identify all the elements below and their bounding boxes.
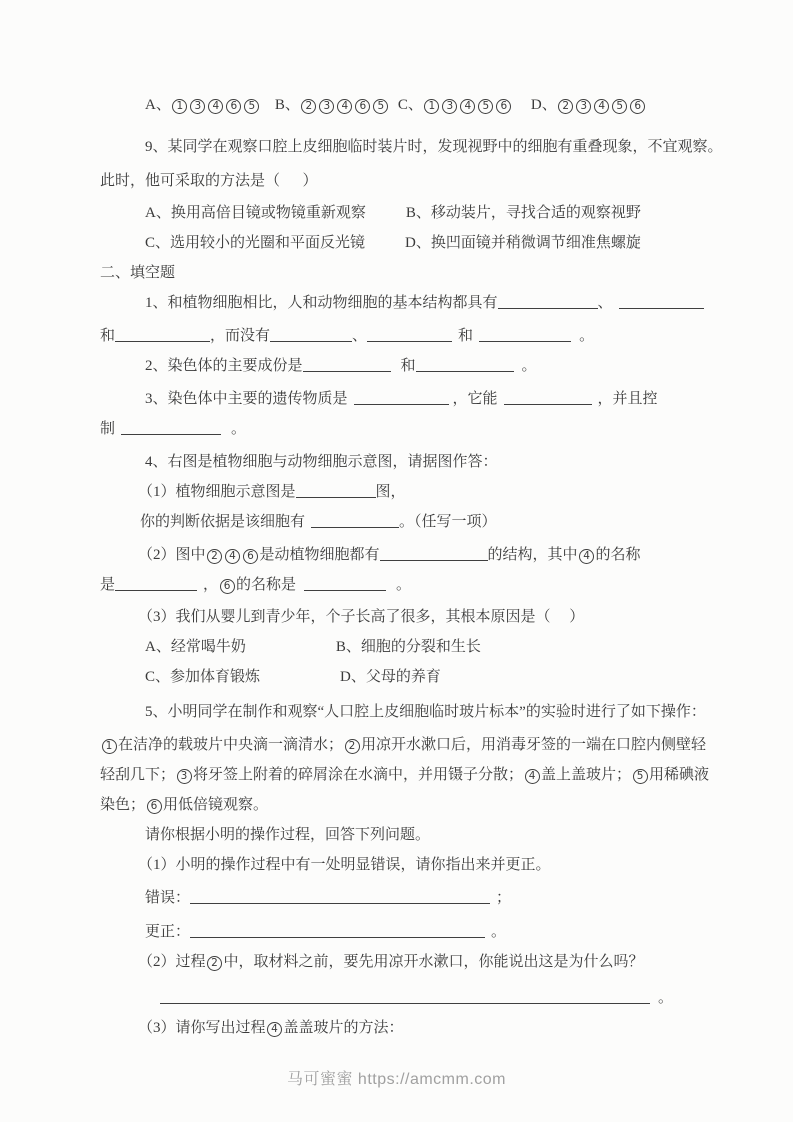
circled-number-4-icon: 4 (337, 99, 352, 114)
text-run: 图， (376, 484, 406, 500)
fill-1-line2: 和，而没有、和。 (100, 321, 760, 351)
circled-number-3-icon: 3 (190, 99, 205, 114)
answer-blank (190, 923, 485, 938)
text-run: D、父母的养育 (340, 669, 441, 685)
circled-number-3-icon: 3 (319, 99, 334, 114)
text-run: 、 (352, 328, 367, 344)
fill-5-error-blank: 错误：； (145, 883, 760, 913)
circled-number-6-icon: 6 (147, 799, 162, 814)
answer-blank (354, 390, 449, 405)
text-run: 。 (522, 358, 537, 374)
circled-number-5-icon: 5 (633, 769, 648, 784)
circled-number-6-icon: 6 (355, 99, 370, 114)
text-run: 用凉开水漱口后，用消毒牙签的一端在口腔内侧壁轻 (361, 737, 706, 753)
fill-3-line2: 制。 (100, 414, 760, 444)
text-run: （3）我们从婴儿到青少年，个子长高了很多，其根本原因是（ ） (138, 609, 584, 625)
spacer (390, 108, 398, 109)
fill-3-line1: 3、染色体中主要的遗传物质是，它能，并且控 (145, 384, 760, 414)
text-run: 和 (401, 358, 416, 374)
fill-4-sub3-stem: （3）我们从婴儿到青少年，个子长高了很多，其根本原因是（ ） (138, 602, 760, 632)
text-run: 是 (100, 577, 115, 593)
circled-number-6-icon: 6 (496, 99, 511, 114)
text-run: 中，取材料之前，要先用凉开水漱口，你能说出这是为什么吗？ (224, 954, 644, 970)
section-2-heading: 二、填空题 (100, 258, 760, 288)
fill-5-sub2: （2）过程2中，取材料之前，要先用凉开水漱口，你能说出这是为什么吗？ (138, 947, 760, 977)
answer-blank (270, 327, 352, 342)
circled-number-4-icon: 4 (579, 549, 594, 564)
fill-5-intro: 5、小明同学在制作和观察“人口腔上皮细胞临时玻片标本”的实验时进行了如下操作： (145, 697, 760, 727)
text-run: 请你根据小明的操作过程，回答下列问题。 (145, 827, 430, 843)
fill-5-sub1: （1）小明的操作过程中有一处明显错误，请你指出来并更正。 (138, 850, 760, 880)
circled-number-1-icon: 1 (424, 99, 439, 114)
text-run: 2、染色体的主要成份是 (145, 358, 303, 374)
text-run: B、细胞的分裂和生长 (336, 639, 481, 655)
text-run: B、移动装片，寻找合适的观察视野 (406, 205, 641, 221)
text-run: A、 (145, 97, 171, 113)
answer-blank (160, 989, 650, 1004)
circled-number-2-icon: 2 (558, 99, 573, 114)
circled-number-1-icon: 1 (102, 739, 117, 754)
spacer (296, 588, 304, 589)
text-run: 更正： (145, 924, 190, 940)
text-run: 1、和植物细胞相比，人和动物细胞的基本结构都具有 (145, 295, 498, 311)
spacer (221, 432, 231, 433)
q9-options-row-ab: A、换用高倍目镜或物镜重新观察B、移动装片，寻找合适的观察视野 (145, 198, 760, 228)
fill-5-sub3: （3）请你写出过程4盖盖玻片的方法： (138, 1013, 760, 1043)
text-run: （3）请你写出过程 (138, 1020, 266, 1036)
spacer (386, 588, 396, 589)
circled-number-2-icon: 2 (207, 956, 222, 971)
text-run: 。（任写一项） (399, 514, 497, 530)
text-run: （2）图中 (138, 547, 206, 563)
circled-number-2-icon: 2 (207, 549, 222, 564)
answer-blank (304, 576, 386, 591)
text-run: 、 (598, 295, 613, 311)
text-run: ， (203, 577, 218, 593)
text-run: A、经常喝牛奶 (145, 639, 246, 655)
circled-number-2-icon: 2 (301, 99, 316, 114)
fill-5-sub2-answer-blank: 。 (160, 983, 760, 1013)
text-run: 和 (458, 328, 473, 344)
answer-blank (296, 483, 376, 498)
answer-blank (190, 889, 490, 904)
text-run: 。 (658, 990, 673, 1006)
document-body: A、13465B、23465C、13456D、234569、某同学在观察口腔上皮… (100, 90, 760, 1043)
fill-5-steps-line3: 染色；6用低倍镜观察。 (100, 790, 760, 820)
text-run: 9、某同学在观察口腔上皮细胞临时装片时，发现视野中的细胞有重叠现象，不宜观察。 (145, 139, 723, 155)
spacer (246, 650, 336, 651)
text-run: 二、填空题 (100, 265, 175, 281)
fill-5-prompt: 请你根据小明的操作过程，回答下列问题。 (145, 820, 760, 850)
answer-blank (479, 327, 571, 342)
text-run: B、 (275, 97, 300, 113)
text-run: （1）小明的操作过程中有一处明显错误，请你指出来并更正。 (138, 857, 551, 873)
text-run: 轻刮几下； (100, 767, 175, 783)
circled-number-4-icon: 4 (225, 549, 240, 564)
circled-number-4-icon: 4 (594, 99, 609, 114)
text-run: ，并且控 (598, 391, 658, 407)
fill-4-sub3-options-cd: C、参加体育锻炼D、父母的养育 (145, 662, 760, 692)
spacer (650, 1001, 658, 1002)
text-run: 用低倍镜观察。 (163, 797, 268, 813)
circled-number-4-icon: 4 (460, 99, 475, 114)
circled-number-3-icon: 3 (177, 769, 192, 784)
text-run: （2）过程 (138, 954, 206, 970)
answer-blank (121, 420, 221, 435)
text-run: C、参加体育锻炼 (145, 669, 260, 685)
circled-number-4-icon: 4 (208, 99, 223, 114)
circled-number-5-icon: 5 (612, 99, 627, 114)
answer-blank (416, 357, 514, 372)
circled-number-4-icon: 4 (267, 1022, 282, 1037)
footer-watermark: 马可蜜蜜 https://amcmm.com (0, 1066, 793, 1089)
q9-stem-line2: 此时，他可采取的方法是（ ） (100, 166, 760, 196)
text-run: 染色； (100, 797, 145, 813)
circled-number-5-icon: 5 (373, 99, 388, 114)
text-run: 用稀碘液 (649, 767, 709, 783)
fill-4-sub2-line1: （2）图中246是动植物细胞都有的结构，其中4的名称 (138, 540, 760, 570)
answer-blank (498, 294, 598, 309)
circled-number-5-icon: 5 (244, 99, 259, 114)
text-run: D、换凹面镜并稍微调节细准焦螺旋 (405, 235, 641, 251)
text-run: 盖盖玻片的方法： (284, 1020, 404, 1036)
spacer (365, 246, 405, 247)
fill-4-sub1-line2: 你的判断依据是该细胞有。（任写一项） (140, 507, 760, 537)
spacer (391, 369, 401, 370)
text-run: 制 (100, 421, 115, 437)
spacer (366, 216, 406, 217)
answer-blank (115, 327, 210, 342)
text-run: 的名称 (596, 547, 641, 563)
answer-blank (303, 357, 391, 372)
text-run: 。 (396, 577, 411, 593)
text-run: 此时，他可采取的方法是（ ） (100, 173, 318, 189)
text-run: 是动植物细胞都有 (260, 547, 380, 563)
text-run: A、换用高倍目镜或物镜重新观察 (145, 205, 366, 221)
fill-5-steps-line1: 1在洁净的载玻片中央滴一滴清水；2用凉开水漱口后，用消毒牙签的一端在口腔内侧壁轻 (100, 730, 760, 760)
q9-options-row-cd: C、选用较小的光圈和平面反光镜D、换凹面镜并稍微调节细准焦螺旋 (145, 228, 760, 258)
text-run: 。 (491, 924, 506, 940)
text-run: ，而没有 (210, 328, 270, 344)
fill-1-line1: 1、和植物细胞相比，人和动物细胞的基本结构都具有、 (145, 288, 760, 318)
text-run: 将牙签上附着的碎屑涂在水滴中，并用镊子分散； (193, 767, 523, 783)
answer-blank (311, 513, 399, 528)
spacer (514, 369, 522, 370)
circled-number-6-icon: 6 (220, 579, 235, 594)
fill-2: 2、染色体的主要成份是和。 (145, 351, 760, 381)
text-run: 。 (579, 328, 594, 344)
fill-5-correction-blank: 更正：。 (145, 917, 760, 947)
circled-number-6-icon: 6 (226, 99, 241, 114)
text-run: D、 (531, 97, 557, 113)
answer-blank (367, 327, 452, 342)
text-run: ； (496, 890, 511, 906)
circled-number-1-icon: 1 (172, 99, 187, 114)
circled-number-6-icon: 6 (630, 99, 645, 114)
answer-blank (380, 546, 488, 561)
answer-blank (504, 390, 592, 405)
answer-blank (115, 576, 197, 591)
text-run: C、选用较小的光圈和平面反光镜 (145, 235, 365, 251)
worksheet-page: { "page": { "background": "#fcfcfb", "te… (0, 0, 793, 1122)
text-run: 的名称是 (236, 577, 296, 593)
text-run: ，它能 (453, 391, 498, 407)
circled-number-6-icon: 6 (243, 549, 258, 564)
text-run: 错误： (145, 890, 190, 906)
fill-4-sub3-options-ab: A、经常喝牛奶B、细胞的分裂和生长 (145, 632, 760, 662)
text-run: 在洁净的载玻片中央滴一滴清水； (118, 737, 343, 753)
circled-number-5-icon: 5 (478, 99, 493, 114)
fill-5-steps-line2: 轻刮几下；3将牙签上附着的碎屑涂在水滴中，并用镊子分散；4盖上盖玻片；5用稀碘液 (100, 760, 760, 790)
circled-number-3-icon: 3 (576, 99, 591, 114)
circled-number-3-icon: 3 (442, 99, 457, 114)
circled-number-4-icon: 4 (525, 769, 540, 784)
text-run: C、 (398, 97, 423, 113)
text-run: 盖上盖玻片； (541, 767, 631, 783)
text-run: 你的判断依据是该细胞有 (140, 514, 305, 530)
q9-stem-line1: 9、某同学在观察口腔上皮细胞临时装片时，发现视野中的细胞有重叠现象，不宜观察。 (145, 132, 760, 162)
text-run: （1）植物细胞示意图是 (138, 484, 296, 500)
text-run: 3、染色体中主要的遗传物质是 (145, 391, 348, 407)
text-run: 的结构，其中 (488, 547, 578, 563)
spacer (513, 108, 531, 109)
circled-number-2-icon: 2 (345, 739, 360, 754)
footer-link[interactable]: 马可蜜蜜 https://amcmm.com (287, 1071, 506, 1088)
spacer (571, 339, 579, 340)
fill-4-sub1-line1: （1）植物细胞示意图是图， (138, 477, 760, 507)
text-run: 和 (100, 328, 115, 344)
spacer (260, 680, 340, 681)
spacer (261, 108, 275, 109)
fill-4-intro: 4、右图是植物细胞与动物细胞示意图，请据图作答： (145, 447, 760, 477)
text-run: 4、右图是植物细胞与动物细胞示意图，请据图作答： (145, 454, 498, 470)
text-run: 5、小明同学在制作和观察“人口腔上皮细胞临时玻片标本”的实验时进行了如下操作： (145, 704, 706, 720)
q8-options-row: A、13465B、23465C、13456D、23456 (145, 90, 760, 120)
fill-4-sub2-line2: 是，6的名称是。 (100, 570, 760, 600)
text-run: 。 (231, 421, 246, 437)
answer-blank (619, 294, 704, 309)
